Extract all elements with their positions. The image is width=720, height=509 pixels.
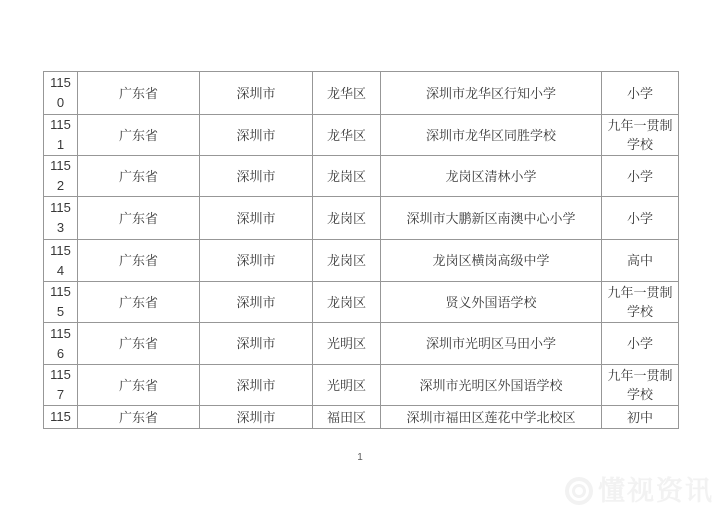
district-cell: 福田区 bbox=[313, 406, 381, 429]
school-name-cell: 深圳市龙华区行知小学 bbox=[381, 72, 602, 115]
city-cell: 深圳市 bbox=[200, 323, 313, 365]
row-number-cell: 1152 bbox=[44, 156, 78, 197]
city-cell: 深圳市 bbox=[200, 406, 313, 429]
table-row: 1151 广东省 深圳市 龙华区 深圳市龙华区同胜学校 九年一贯制学校 bbox=[44, 115, 679, 156]
row-number-cell: 1150 bbox=[44, 72, 78, 115]
school-type-cell: 九年一贯制学校 bbox=[602, 115, 679, 156]
table-row: 1150 广东省 深圳市 龙华区 深圳市龙华区行知小学 小学 bbox=[44, 72, 679, 115]
district-cell: 龙岗区 bbox=[313, 240, 381, 282]
province-cell: 广东省 bbox=[78, 72, 200, 115]
row-number: 1152 bbox=[48, 156, 74, 196]
city-cell: 深圳市 bbox=[200, 365, 313, 406]
row-number-cell: 1157 bbox=[44, 365, 78, 406]
school-name-cell: 深圳市光明区外国语学校 bbox=[381, 365, 602, 406]
city-cell: 深圳市 bbox=[200, 197, 313, 240]
school-list-table: 1150 广东省 深圳市 龙华区 深圳市龙华区行知小学 小学 1151 广东省 … bbox=[43, 71, 679, 429]
district-cell: 龙华区 bbox=[313, 72, 381, 115]
school-list-table-container: 1150 广东省 深圳市 龙华区 深圳市龙华区行知小学 小学 1151 广东省 … bbox=[43, 71, 679, 429]
row-number: 1150 bbox=[48, 73, 74, 113]
province-cell: 广东省 bbox=[78, 282, 200, 323]
table-row: 1154 广东省 深圳市 龙岗区 龙岗区横岗高级中学 高中 bbox=[44, 240, 679, 282]
city-cell: 深圳市 bbox=[200, 240, 313, 282]
province-cell: 广东省 bbox=[78, 240, 200, 282]
school-type-cell: 小学 bbox=[602, 323, 679, 365]
province-cell: 广东省 bbox=[78, 365, 200, 406]
province-cell: 广东省 bbox=[78, 197, 200, 240]
row-number-cell: 1156 bbox=[44, 323, 78, 365]
table-row: 1153 广东省 深圳市 龙岗区 深圳市大鹏新区南澳中心小学 小学 bbox=[44, 197, 679, 240]
row-number-cell: 1151 bbox=[44, 115, 78, 156]
district-cell: 龙华区 bbox=[313, 115, 381, 156]
watermark: 懂视资讯 bbox=[565, 477, 714, 505]
province-cell: 广东省 bbox=[78, 323, 200, 365]
school-name-cell: 深圳市大鹏新区南澳中心小学 bbox=[381, 197, 602, 240]
row-number: 1155 bbox=[48, 282, 74, 322]
row-number: 1154 bbox=[48, 241, 74, 281]
table-row: 1157 广东省 深圳市 光明区 深圳市光明区外国语学校 九年一贯制学校 bbox=[44, 365, 679, 406]
school-type-cell: 九年一贯制学校 bbox=[602, 282, 679, 323]
district-cell: 龙岗区 bbox=[313, 197, 381, 240]
province-cell: 广东省 bbox=[78, 156, 200, 197]
school-type-cell: 初中 bbox=[602, 406, 679, 429]
school-type-cell: 高中 bbox=[602, 240, 679, 282]
document-page: { "document": { "page_number": "1" }, "w… bbox=[0, 0, 720, 509]
province-cell: 广东省 bbox=[78, 406, 200, 429]
city-cell: 深圳市 bbox=[200, 72, 313, 115]
row-number: 1151 bbox=[48, 115, 74, 155]
city-cell: 深圳市 bbox=[200, 156, 313, 197]
school-name-cell: 龙岗区清林小学 bbox=[381, 156, 602, 197]
watermark-logo-icon bbox=[565, 477, 593, 505]
district-cell: 光明区 bbox=[313, 365, 381, 406]
district-cell: 龙岗区 bbox=[313, 282, 381, 323]
school-type-cell: 小学 bbox=[602, 156, 679, 197]
row-number: 1157 bbox=[48, 365, 74, 405]
row-number-cell: 1153 bbox=[44, 197, 78, 240]
table-row: 1156 广东省 深圳市 光明区 深圳市光明区马田小学 小学 bbox=[44, 323, 679, 365]
row-number-cell: 1155 bbox=[44, 282, 78, 323]
school-name-cell: 贤义外国语学校 bbox=[381, 282, 602, 323]
city-cell: 深圳市 bbox=[200, 115, 313, 156]
school-type-cell: 九年一贯制学校 bbox=[602, 365, 679, 406]
school-type-cell: 小学 bbox=[602, 197, 679, 240]
row-number-cell: 1154 bbox=[44, 240, 78, 282]
district-cell: 光明区 bbox=[313, 323, 381, 365]
school-name-cell: 龙岗区横岗高级中学 bbox=[381, 240, 602, 282]
table-row-clipped: 115 广东省 深圳市 福田区 深圳市福田区莲花中学北校区 初中 bbox=[44, 406, 679, 429]
school-type-cell: 小学 bbox=[602, 72, 679, 115]
row-number: 115 bbox=[48, 407, 74, 427]
district-cell: 龙岗区 bbox=[313, 156, 381, 197]
table-row: 1152 广东省 深圳市 龙岗区 龙岗区清林小学 小学 bbox=[44, 156, 679, 197]
row-number-cell: 115 bbox=[44, 406, 78, 429]
school-name-cell: 深圳市福田区莲花中学北校区 bbox=[381, 406, 602, 429]
row-number: 1153 bbox=[48, 198, 74, 238]
province-cell: 广东省 bbox=[78, 115, 200, 156]
table-row: 1155 广东省 深圳市 龙岗区 贤义外国语学校 九年一贯制学校 bbox=[44, 282, 679, 323]
page-number: 1 bbox=[0, 452, 720, 463]
watermark-text: 懂视资讯 bbox=[598, 478, 714, 505]
city-cell: 深圳市 bbox=[200, 282, 313, 323]
row-number: 1156 bbox=[48, 324, 74, 364]
school-name-cell: 深圳市龙华区同胜学校 bbox=[381, 115, 602, 156]
school-name-cell: 深圳市光明区马田小学 bbox=[381, 323, 602, 365]
